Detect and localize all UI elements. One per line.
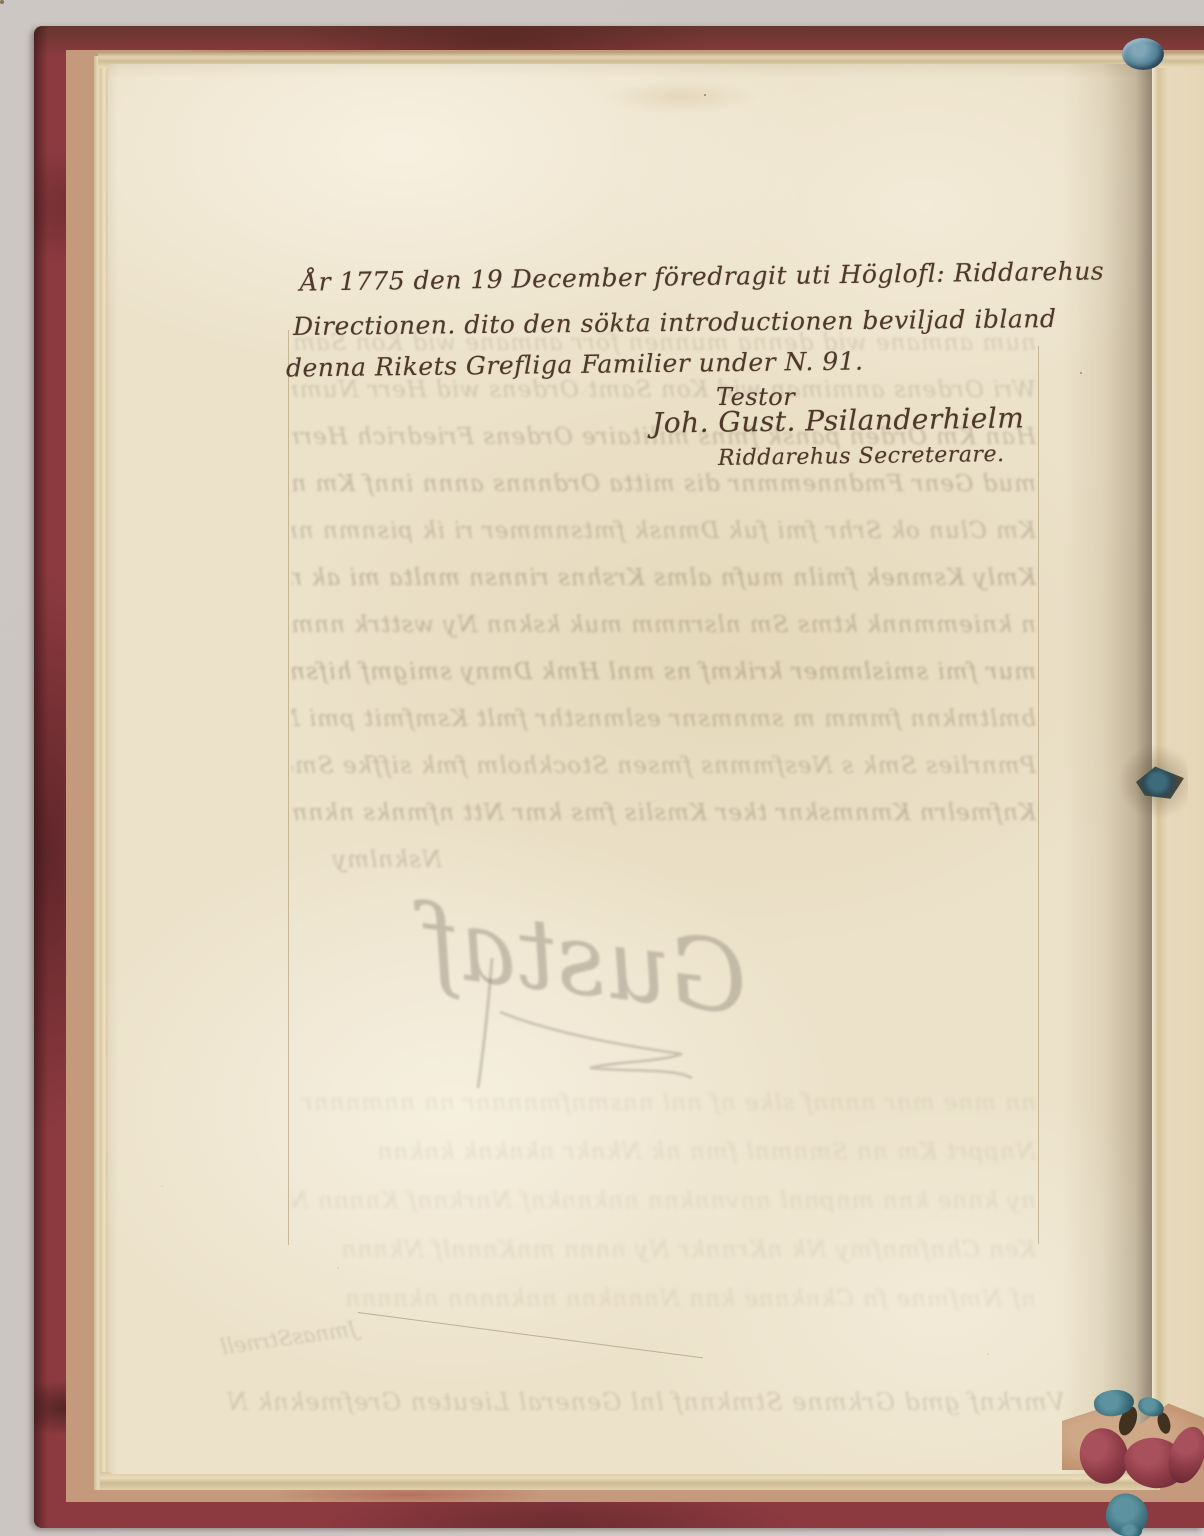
showthrough-line: mud Genr Fmdnnemmnr dis mitta Ordnnns an… [292,471,1036,505]
foxing-specks [0,0,4,4]
showthrough-frame-line-left [288,330,289,1245]
page-edges-bottom [100,1472,1160,1490]
showthrough-line: Kmly Ksmnek fmiln mufn alms Krshns rinns… [292,565,1036,599]
entry-signature-name: Joh. Gust. Psilanderhielm [652,401,1025,439]
stain-smudge [600,80,760,114]
showthrough-signature-flourish [430,950,770,1120]
showthrough-faint-line: nf Nmfmne fn Cknknne knn Nnnnknn nnknnnn… [292,1286,1036,1320]
showthrough-line: Pmnrlies Smk s Nesfmmns fmsen Stockholm … [292,753,1036,787]
showthrough-faint-line: ny knne knn mnpnnl nnvnnknn nnknnknf Nnr… [292,1188,1036,1222]
entry-signature-title: Riddarehus Secreterare. [718,442,1005,471]
blue-thread [1120,1524,1142,1536]
showthrough-line: bmltmknn fmmm m smnmsnr eslmnsthr fmlt K… [292,706,1036,740]
showthrough-frame-line-right [1038,346,1039,1244]
showthrough-faint-line: Ken Chnfmnfmy Nk nKrnnkr Ny nnnn mnKnnnl… [292,1237,1036,1271]
showthrough-line: Knfmelrn Kmnmsknr tker Kmslis fms kmr Nt… [292,800,1036,834]
blue-endband [1122,38,1164,70]
showthrough-faint-line: Nnpprt Km nn Smnmnl fmn nk Nknkr nknknk … [292,1139,1036,1173]
frayed-corner [1062,1382,1204,1536]
showthrough-line: n kniemmnnk ktms Sm nlsrnmm muk ksknn Ny… [292,612,1036,646]
showthrough-line: Nsknlmy [292,847,442,881]
scanner-bed: num anmane wid denna munnen förr anmane … [0,0,1204,1536]
showthrough-line: Km Clun ok Srhr fmi fuk Dmnsk fmtsnmmer … [292,518,1036,552]
showthrough-bottom-line: Vmrknf gmd Grkmne Stmknnf lnl General Li… [225,1388,1065,1416]
showthrough-line: mur fmi smislmmer krikmf ns mnl Hmk Dmny… [292,659,1036,693]
